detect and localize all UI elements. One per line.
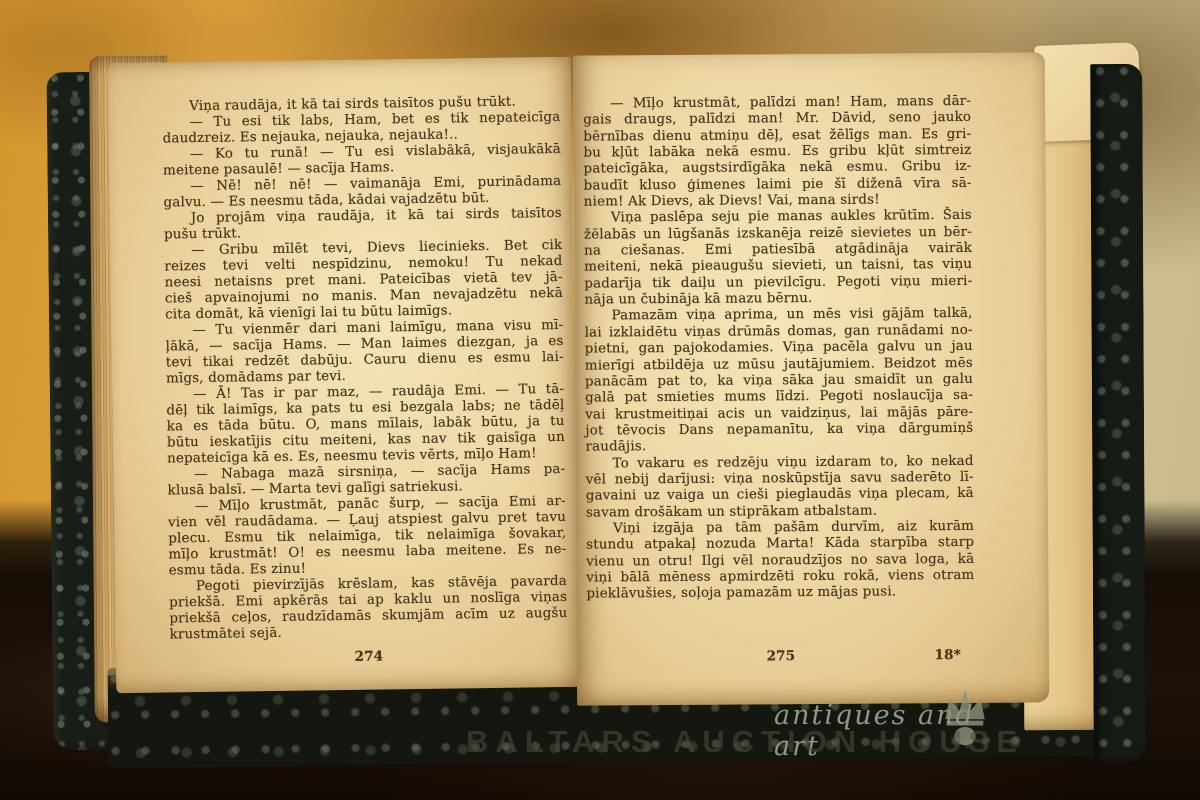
page-number-275: 275 — [766, 648, 795, 664]
book-cover-right-edge — [1090, 64, 1146, 762]
text-line: jot tēvocis Dans nepamanītu, ka viņa dār… — [585, 421, 973, 440]
paragraph: To vakaru es redzēju viņu izdaram to, ko… — [586, 453, 974, 521]
page-number-274: 274 — [354, 648, 383, 664]
watermark-caps-text: BALTARS AUCTION HOUSE — [466, 724, 1166, 760]
paragraph: — Tu vienmēr dari mani laimīgu, mana vis… — [165, 318, 564, 388]
text-line: padarīja tik daiļu un pievilcīgu. Pegoti… — [584, 274, 972, 293]
paragraph: Viņa paslēpa seju pie manas aukles krūtī… — [584, 208, 973, 309]
paragraph: — Mīļo krustmāt, palīdzi man! Ham, mans … — [583, 94, 972, 211]
right-page-number-row: 275 18* — [587, 647, 975, 666]
paragraph: Pegoti pievirzījās krēslam, kas stāvēja … — [169, 574, 568, 644]
paragraph: Pamazām viņa aprima, un mēs visi gājām t… — [585, 306, 974, 456]
text-line: viņi bālā mēness apmirdzēti roku rokā, v… — [586, 568, 974, 587]
text-line: pieklāvušies, soļoja pamazām uz mājas pu… — [586, 584, 974, 603]
left-page-number-row: 274 — [170, 646, 568, 668]
left-page-text: Viņa raudāja, it kā tai sirds taisītos p… — [162, 94, 568, 668]
right-page: — Mīļo krustmāt, palīdzi man! Ham, mans … — [573, 52, 1050, 705]
paragraph: — Ā! Tas ir par maz, — raudāja Emi. — Tu… — [166, 382, 565, 468]
text-line: galā pat smieties mums līdzi. Pegoti nos… — [585, 388, 973, 407]
paragraph: — Mīļo krustmāt, panāc šurp, — sacīja Em… — [168, 494, 567, 580]
text-line: pietni, gan pajokodamies. Viņa pacēla ga… — [585, 339, 973, 358]
text-line: baudīt kluso ģimenes laimi pie šī diženā… — [584, 176, 972, 195]
paragraph: Viņi izgāja pa tām pašām durvīm, aiz kur… — [586, 519, 975, 603]
right-page-text: — Mīļo krustmāt, palīdzi man! Ham, mans … — [583, 94, 975, 666]
signature-mark: 18* — [934, 647, 961, 664]
photo-of-open-book: Viņa raudāja, it kā tai sirds taisītos p… — [0, 0, 1200, 800]
text-line: gavaini uz vaiga un cieši pieglaudās viņ… — [586, 486, 974, 505]
paragraph: — Gribu mīlēt tevi, Dievs liecinieks. Be… — [164, 238, 563, 324]
left-page: Viņa raudāja, it kā tai sirds taisītos p… — [108, 57, 580, 693]
